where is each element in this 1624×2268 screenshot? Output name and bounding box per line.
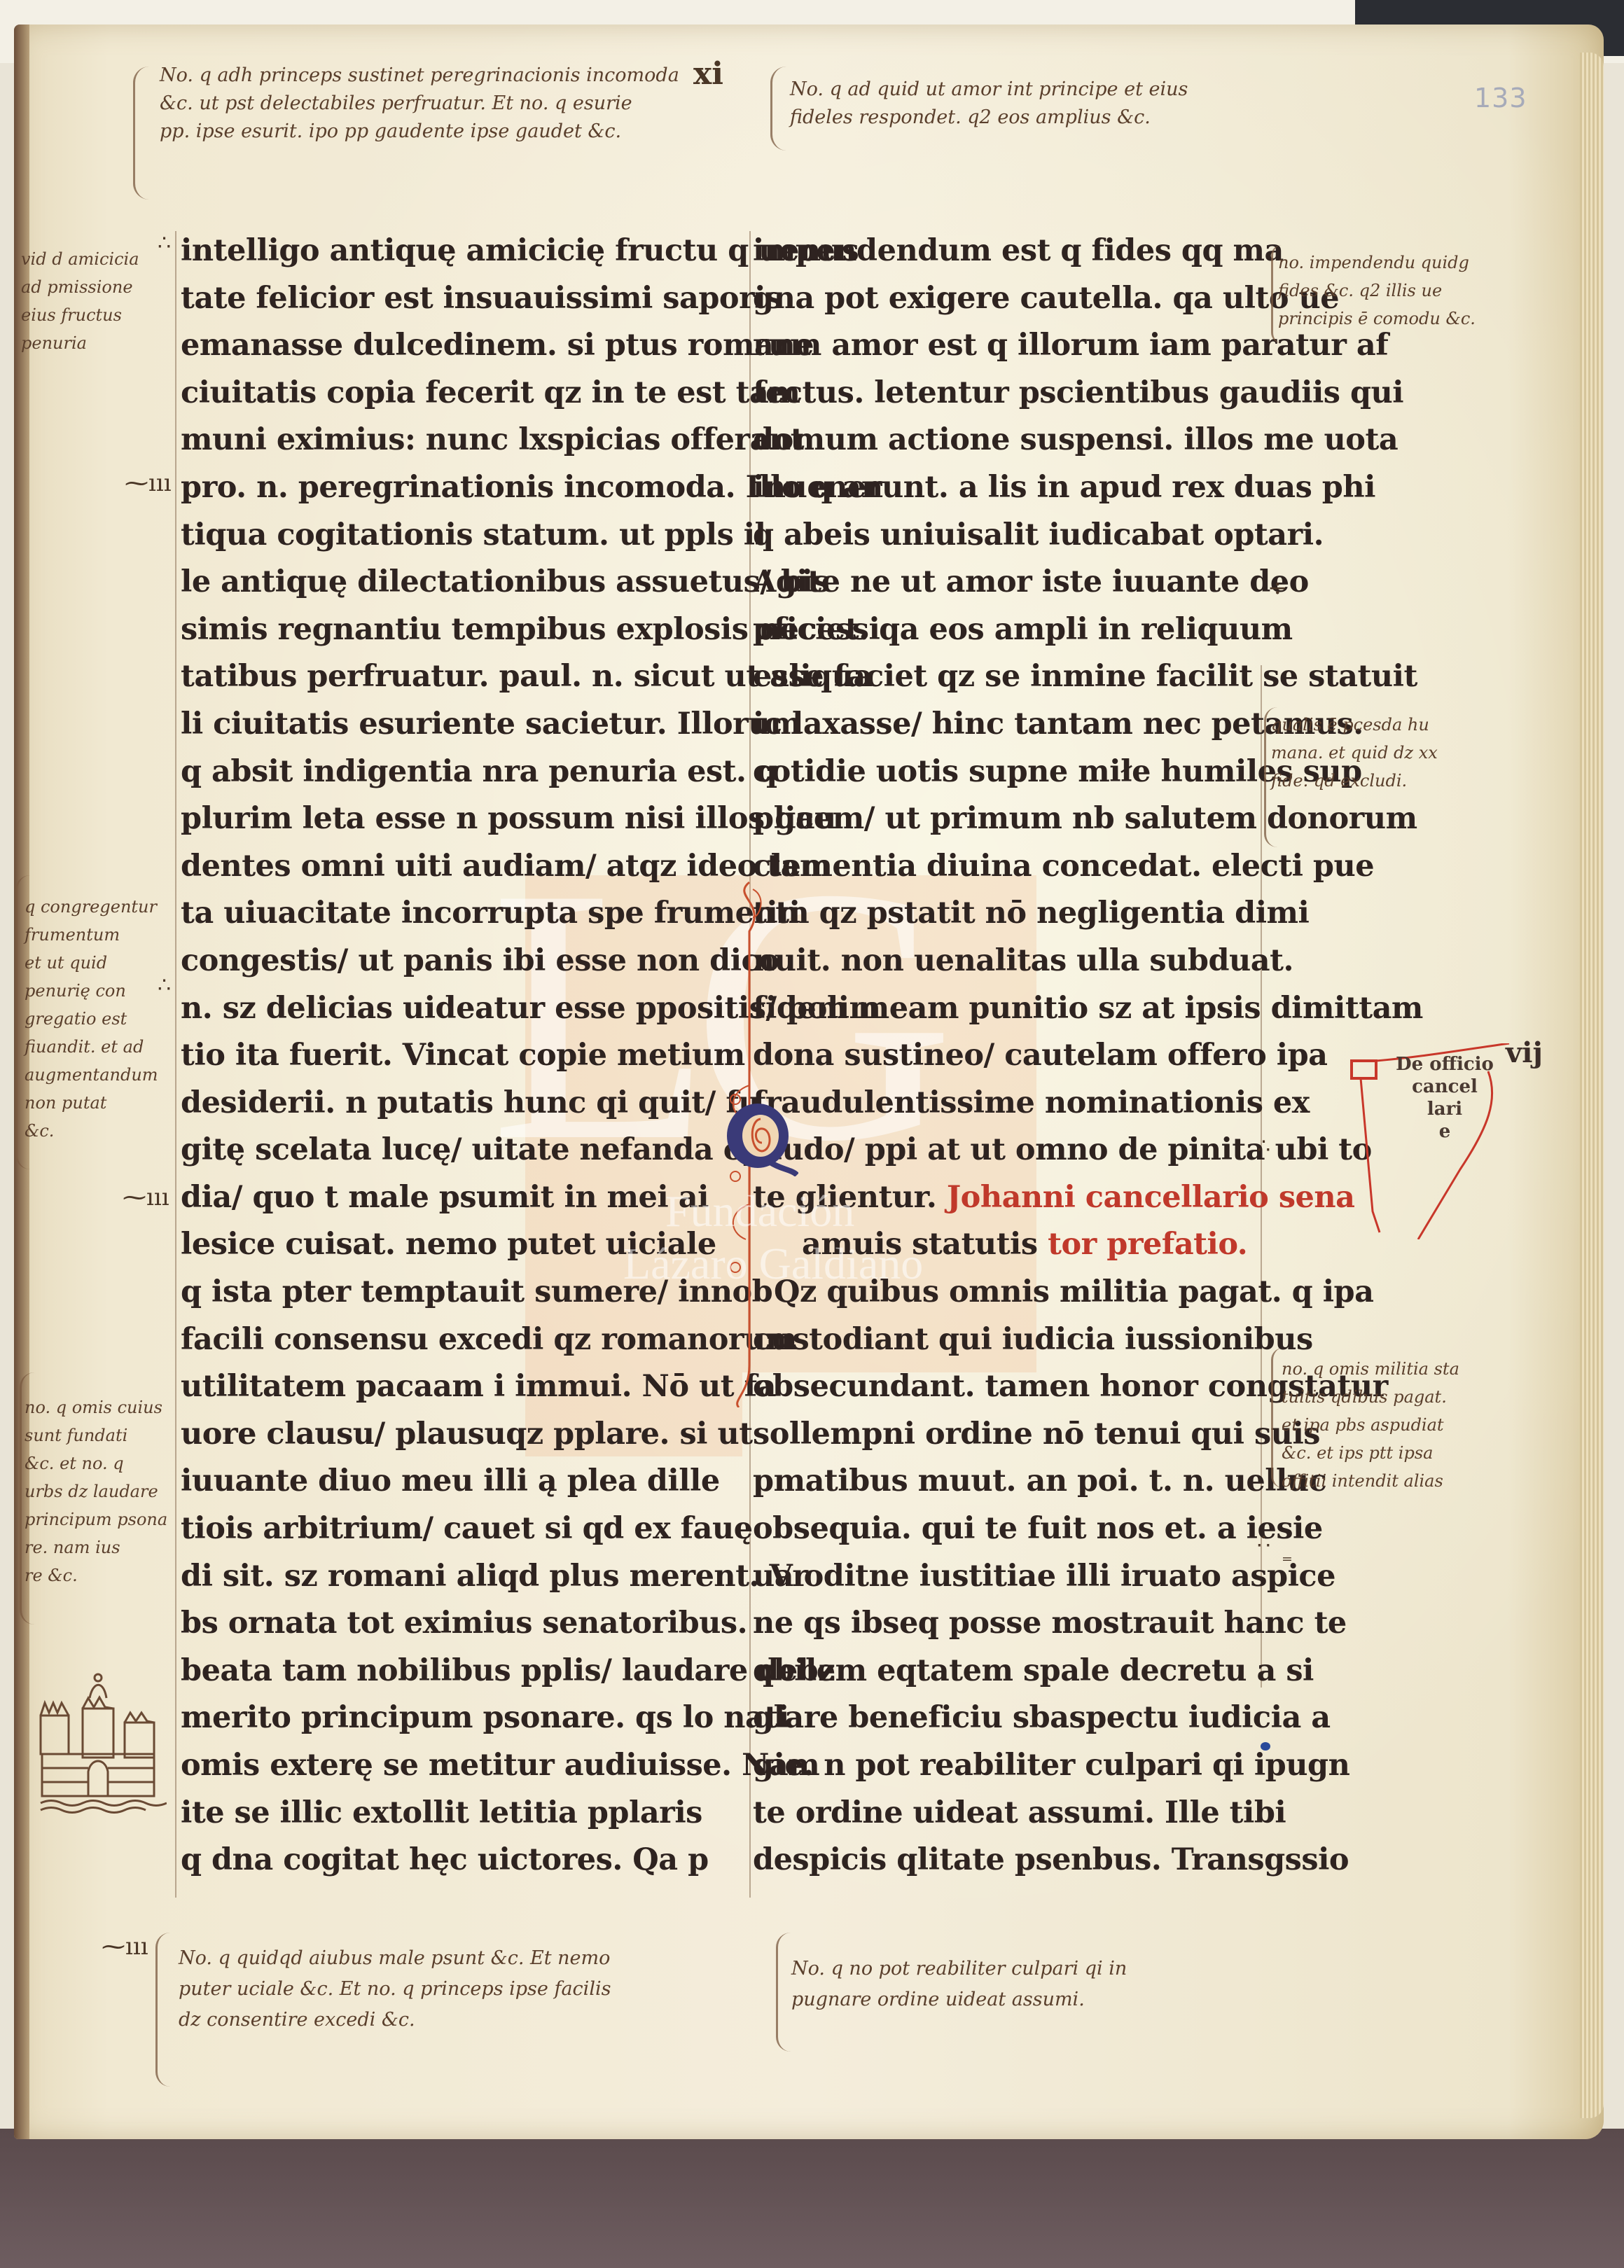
text-line: nuit. non uenalitas ulla subduat. <box>753 938 1271 985</box>
text-line: tatibus perfruatur. paul. n. sicut ut al… <box>181 653 706 701</box>
text-line: dentes omni uiti audiam/ atqz ideo tam <box>181 843 706 891</box>
text-line: sollempni ordine nō tenui qui suis <box>753 1411 1271 1459</box>
text-line: fectus. letentur pscientibus gaudiis qui <box>753 370 1271 417</box>
nota-mark: ⁓ııı <box>123 1183 169 1211</box>
text-column-a: intelligo antiquę amicicię fructu q uenu… <box>181 228 706 1884</box>
text-line: ic laxasse/ hinc tantam nec petamus. <box>753 701 1271 749</box>
gloss-brace <box>15 875 30 1169</box>
text-line: ite se illic extollit letitia pplaris <box>181 1790 706 1837</box>
chapter-mark-top: xi <box>693 56 723 92</box>
text-line: gitę scelata lucę/ uitate nefanda ope <box>181 1127 706 1174</box>
text-column-b: impendendum est q fides qq ma gna pot ex… <box>753 228 1271 1884</box>
text-line: dona sustineo/ cautelam offero ipa <box>753 1032 1271 1080</box>
text-line: desiderii. n putatis hunc qi quit/ fu <box>181 1080 706 1127</box>
text-line: n. sz delicias uideatur esse ppositis/ p… <box>181 985 706 1033</box>
blue-ink-spot <box>1261 1742 1270 1751</box>
left-margin-gloss-3: no. q omis cuius sunt fundati &c. et no.… <box>25 1393 167 1589</box>
text-line: Agite ne ut amor iste iuuante deo <box>753 559 1271 606</box>
text-line: fraudulentissime nominationis ex <box>753 1080 1271 1127</box>
text-line: emanasse dulcedinem. si ptus romane <box>181 322 706 370</box>
rubric-heading: Johanni cancellario sena <box>947 1180 1355 1215</box>
text-line: esse faciet qz se inmine facilit se stat… <box>753 653 1271 701</box>
text-line: di sit. sz romani aliqd plus merent. Vr <box>181 1553 706 1601</box>
gloss-brace <box>155 1933 170 2087</box>
text-line: cludo/ ppi at ut omno de pinita ubi to <box>753 1127 1271 1174</box>
text-line: ua oditne iustitiae illi iruato aspice <box>753 1553 1271 1601</box>
right-margin-gloss-3: no. q omis militia sta tuitis qdibus pag… <box>1282 1355 1459 1495</box>
text-line: congestis/ ut panis ibi esse non dico <box>181 938 706 985</box>
scan-background-bottom <box>0 2129 1624 2268</box>
text-line: gna pot exigere cautella. qa ulto ue <box>753 275 1271 323</box>
bottom-gloss-right: No. q no pot reabiliter culpari qi in pu… <box>791 1954 1127 2015</box>
text-line: domum actione suspensi. illos me uota <box>753 417 1271 464</box>
castle-drawing <box>27 1667 167 1814</box>
text-line: tio ita fuerit. Vincat copie metium <box>181 1032 706 1080</box>
text-line: dia/ quo t male psumit in mei ai <box>181 1174 706 1222</box>
text-line: obsequia. qui te fuit nos et. a iesie <box>753 1505 1271 1553</box>
text-line: iuuante diuo meu illi ą plea dille <box>181 1458 706 1505</box>
text-line: intelligo antiquę amicicię fructu q uenu… <box>181 228 706 275</box>
top-gloss-left: No. q adh princeps sustinet peregrinacio… <box>160 62 679 146</box>
top-gloss-right: No. q ad quid ut amor int principe et ei… <box>790 76 1188 132</box>
text-line: impendendum est q fides qq ma <box>753 228 1271 275</box>
ruling-line <box>175 231 176 1898</box>
page-fore-edge <box>1580 53 1604 2118</box>
text-line: li ciuitatis esuriente sacietur. Illorum <box>181 701 706 749</box>
right-margin-gloss-1: no. impendendu quidg fides &c. q2 illis … <box>1278 249 1476 333</box>
text-line: q dna cogitat hęc uictores. Qa p <box>181 1837 706 1884</box>
right-margin-gloss-2: qualis ē pcesda hu mana. et quid dz xx f… <box>1271 711 1438 795</box>
text-line: pro. n. peregrinationis incomoda. Illo q… <box>181 464 706 512</box>
text-line: obsecundant. tamen honor congstatur <box>753 1363 1271 1411</box>
text-line: pmatibus muut. an poi. t. n. uelluc <box>753 1458 1271 1505</box>
text-line: ne qs ibseq posse mostrauit hanc te <box>753 1600 1271 1648</box>
paragraph-mark: ∴ <box>1257 1134 1270 1159</box>
text-line: ciuitatis copia fecerit qz in te est tam <box>181 370 706 417</box>
text-line: pficiet. qa eos ampli in reliquum <box>753 606 1271 654</box>
text-line: te ordine uideat assumi. Ille tibi <box>753 1790 1271 1837</box>
text-line: uore clausu/ plausuqz pplare. si ut <box>181 1411 706 1459</box>
chapter-mark-right: vij <box>1506 1036 1543 1069</box>
text-line: inuenerunt. a lis in apud rex duas phi <box>753 464 1271 512</box>
text-line: custodiant qui iudicia iussionibus <box>753 1316 1271 1364</box>
left-margin-gloss-1: vid d amicicia ad pmissione eius fructus… <box>21 245 139 357</box>
paragraph-mark: ∴ <box>158 973 171 998</box>
text-line: plicem/ ut primum nb salutem donorum <box>753 795 1271 843</box>
gloss-brace <box>1264 707 1277 847</box>
gloss-brace <box>776 1933 791 2052</box>
rubric-heading-box: De officio cancel lari e <box>1348 1043 1513 1239</box>
text-line: omis exterę se metitur audiuisse. Nam <box>181 1742 706 1790</box>
text-line: beata tam nobilibus pplis/ laudare debz <box>181 1648 706 1695</box>
text-line: qbilem eqtatem spale decretu a si <box>753 1648 1271 1695</box>
text-line: tim qz pstatit nō negligentia dimi <box>753 890 1271 938</box>
text-line: q abeis uniuisalit iudicabat optari. <box>753 512 1271 559</box>
paragraph-mark: ∴ <box>1257 1530 1270 1554</box>
watermark-line-2: Lázaro Galdiano <box>623 1239 923 1288</box>
bottom-gloss-left: No. q quidqd aiubus male psunt &c. Et ne… <box>179 1943 611 2036</box>
text-line: merito principum psonare. qs lo nati <box>181 1695 706 1742</box>
nota-mark: ⁼ <box>1282 1551 1293 1575</box>
text-line: despicis qlitate psenbus. Transgssio <box>753 1837 1271 1884</box>
paragraph-mark: ÷ <box>1268 574 1288 602</box>
text-line: simis regnantiu tempibus explosis necess… <box>181 606 706 654</box>
rubric-box-text: De officio cancel lari e <box>1382 1053 1508 1143</box>
text-line: glare beneficiu sbaspectu iudicia a <box>753 1695 1271 1742</box>
text-line: tiqua cogitationis statum. ut ppls il <box>181 512 706 559</box>
gloss-brace <box>20 1372 34 1625</box>
rubric-heading: tor prefatio. <box>1048 1227 1247 1262</box>
text-line: fidem meam punitio sz at ipsis dimittam <box>753 985 1271 1033</box>
text-line: bs ornata tot eximius senatoribus. <box>181 1600 706 1648</box>
text-line: tate felicior est insuauissimi saporis <box>181 275 706 323</box>
text-line: q absit indigentia nra penuria est. q <box>181 749 706 796</box>
text-line: gie. n pot reabiliter culpari qi ipugn <box>753 1742 1271 1790</box>
text-line: plurim leta esse n possum nisi illos gau <box>181 795 706 843</box>
text-line: facili consensu excedi qz romanorum <box>181 1316 706 1364</box>
nota-mark: ⁓ııı <box>125 469 172 497</box>
decorated-initial-q <box>721 1099 798 1176</box>
paragraph-mark: ∴ <box>158 231 171 256</box>
gloss-brace <box>133 67 149 200</box>
text-line: ta uiuacitate incorrupta spe frumenti <box>181 890 706 938</box>
text-line: cotidie uotis supne miłe humiles sup <box>753 749 1271 796</box>
text-line: clementia diuina concedat. electi pue <box>753 843 1271 891</box>
folio-number: 133 <box>1474 83 1527 113</box>
text-line: le antiquę dilectationibus assuetus/ bis <box>181 559 706 606</box>
nota-mark: ⁓ııı <box>102 1933 148 1961</box>
gloss-brace <box>770 67 786 151</box>
text-line: rum amor est q illorum iam paratur af <box>753 322 1271 370</box>
gloss-brace <box>1271 245 1282 343</box>
watermark-line-1: Fundación <box>665 1187 854 1236</box>
text-line: utilitatem pacaam i immui. Nō ut fa <box>181 1363 706 1411</box>
left-margin-gloss-2: q congregentur frumentum et ut quid penu… <box>25 893 158 1145</box>
text-line: muni eximius: nunc lxspicias offerant <box>181 417 706 464</box>
text-line: tiois arbitrium/ cauet si qd ex fauę <box>181 1505 706 1553</box>
gloss-brace <box>1271 1348 1283 1488</box>
